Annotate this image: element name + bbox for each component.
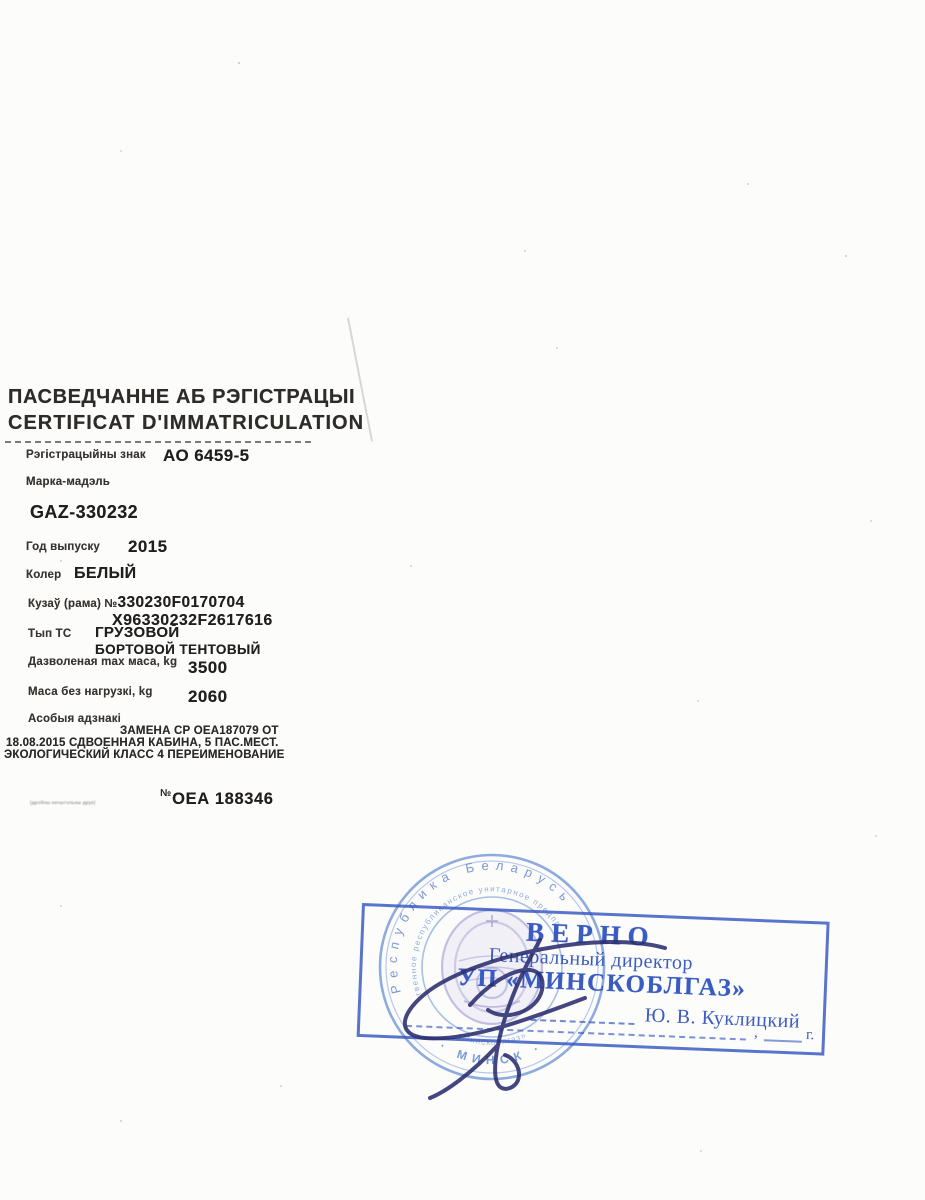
field-value-year: 2015	[128, 537, 167, 557]
date-comma: ,	[754, 1025, 758, 1042]
handwritten-signature	[380, 900, 710, 1110]
field-value-unladen-mass: 2060	[188, 687, 227, 707]
document-number: №ОЕА 188346	[160, 788, 274, 809]
field-label-body-frame: Кузаў (рама) №	[28, 598, 117, 610]
number-sign: №	[160, 788, 172, 799]
special-marks-line3: ЭКОЛОГИЧЕСКИЙ КЛАСС 4 ПЕРЕИМЕНОВАНИЕ	[4, 749, 284, 761]
field-value-registration-plate: АО 6459-5	[163, 446, 250, 466]
field-label-registration-plate: Рэгістрацыйны знак	[26, 449, 146, 461]
document-number-value: ОЕА 188346	[172, 790, 273, 808]
field-value-max-mass: 3500	[188, 658, 227, 678]
document-title-french: CERTIFICAT D'IMMATRICULATION	[8, 412, 364, 435]
field-label-vehicle-type: Тып ТС	[28, 628, 71, 640]
document-title-belarusian: ПАСВЕДЧАННЕ АБ РЭГІСТРАЦЫІ	[8, 386, 355, 409]
field-value-vehicle-type-line2: БОРТОВОЙ ТЕНТОВЫЙ	[95, 642, 261, 657]
field-value-make-model: GAZ-330232	[30, 502, 138, 523]
date-year-suffix: г.	[806, 1027, 815, 1044]
field-value-vehicle-type: ГРУЗОВОЙ	[95, 624, 180, 641]
field-value-body-number: 330230F0170704	[117, 594, 244, 611]
special-marks-line1: ЗАМЕНА СР ОЕА187079 ОТ	[120, 725, 279, 737]
title-dashed-divider	[5, 441, 311, 443]
field-label-unladen-mass: Маса без нагрузкі, kg	[28, 686, 153, 698]
field-label-year: Год выпуску	[26, 541, 100, 553]
field-value-color: БЕЛЫЙ	[74, 565, 137, 583]
scan-noise-specks	[238, 62, 240, 64]
field-label-color: Колер	[26, 569, 61, 581]
field-row-body-frame: Кузаў (рама) №330230F0170704	[28, 594, 245, 612]
field-label-max-mass: Дазволеная max маса, kg	[28, 656, 177, 668]
special-marks-line2: 18.08.2015 СДВОЕННАЯ КАБИНА, 5 ПАС.МЕСТ.	[6, 737, 279, 749]
field-label-make-model: Марка-мадэль	[26, 476, 110, 488]
microprint: (дробны нечытэльны друк)	[30, 800, 96, 805]
field-label-special-marks: Асобыя адзнакі	[28, 713, 121, 725]
date-short-line	[764, 1039, 802, 1043]
